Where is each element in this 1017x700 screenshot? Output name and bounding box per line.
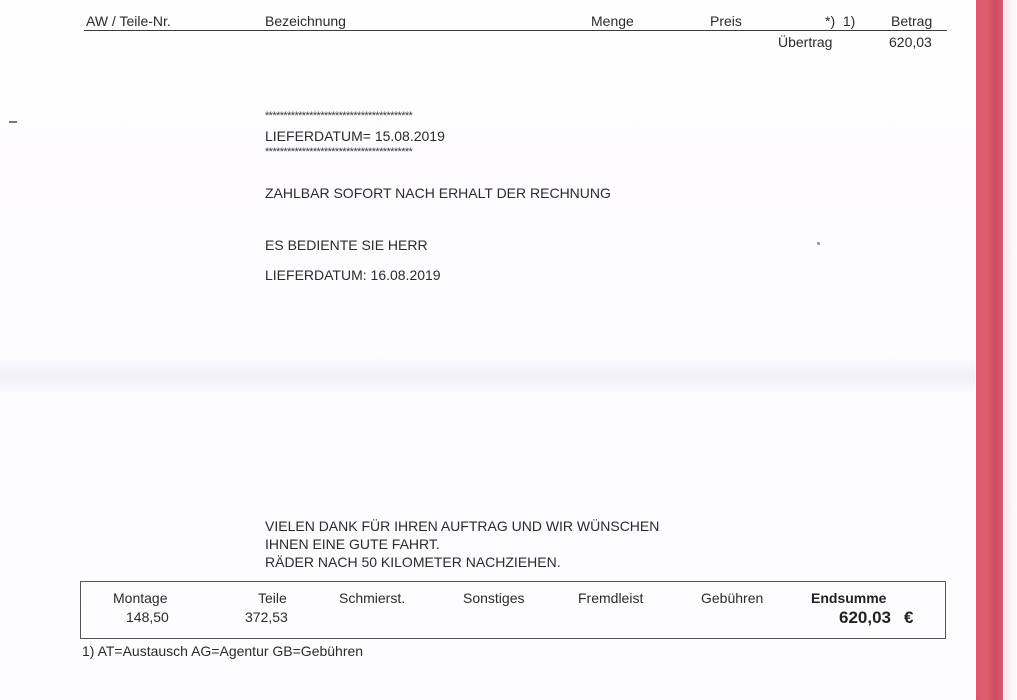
scan-speck [817,242,820,245]
endsumme-value: 620,03 [839,609,891,626]
carryover-label: Übertrag [778,34,832,50]
delivery-date-2: LIEFERDATUM: 16.08.2019 [265,267,441,283]
paper-fold [0,360,975,394]
col-description: Bezeichnung [265,13,346,29]
punch-mark [9,121,17,123]
header-rule [84,30,947,31]
served-by: ES BEDIENTE SIE HERR [265,237,428,253]
col-footnote-marks: *) 1) [825,13,855,29]
payment-terms: ZAHLBAR SOFORT NACH ERHALT DER RECHNUNG [265,185,611,201]
teile-label: Teile [258,590,287,607]
montage-value: 148,50 [126,609,169,626]
invoice-page: AW / Teile-Nr. Bezeichnung Menge Preis *… [0,0,1017,700]
delivery-date-1: LIEFERDATUM= 15.08.2019 [265,128,445,144]
col-part-no: AW / Teile-Nr. [86,13,171,29]
col-quantity: Menge [591,13,634,29]
col-amount: Betrag [891,13,932,29]
stars-divider-bottom: **************************************** [265,148,412,156]
closing-line-1: VIELEN DANK FÜR IHREN AUFTRAG UND WIR WÜ… [265,518,659,534]
col-price: Preis [710,13,742,29]
binding-stripe-edge [1003,0,1017,700]
stars-divider-top: **************************************** [265,112,412,120]
closing-line-2: IHNEN EINE GUTE FAHRT. [265,536,440,552]
endsumme-label: Endsumme [811,590,886,607]
binding-stripe [976,0,1003,700]
montage-label: Montage [113,590,167,607]
sonstiges-label: Sonstiges [463,590,524,607]
fremdleist-label: Fremdleist [578,590,643,607]
schmierst-label: Schmierst. [339,590,405,607]
footnote: 1) AT=Austausch AG=Agentur GB=Gebühren [82,643,363,659]
teile-value: 372,53 [245,609,288,626]
gebuehren-label: Gebühren [701,590,763,607]
carryover-value: 620,03 [889,34,932,50]
closing-line-3: RÄDER NACH 50 KILOMETER NACHZIEHEN. [265,554,561,570]
currency-symbol: € [904,609,913,626]
